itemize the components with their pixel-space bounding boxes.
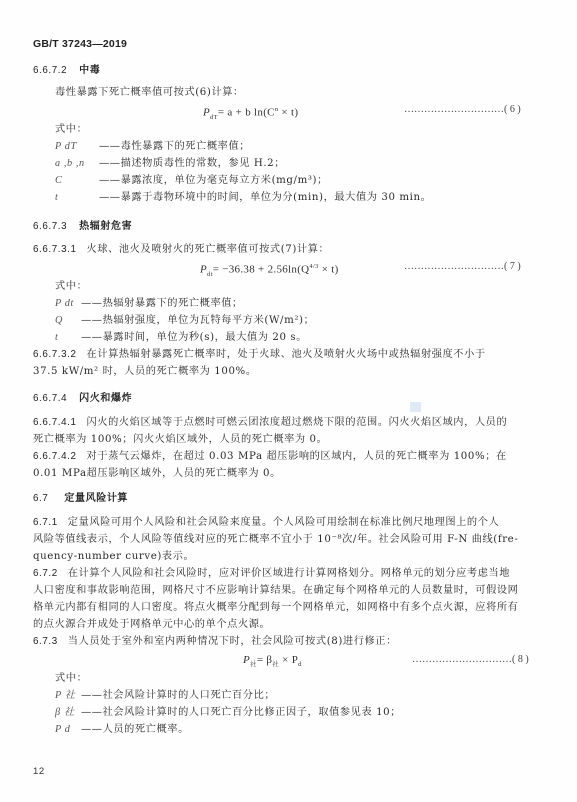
clause-number: 6.6.7.4.2 <box>33 451 77 462</box>
paragraph-continuation: 0.01 MPa超压影响区域外，人员的死亡概率为 0。 <box>33 467 281 481</box>
formula-lhs: P <box>200 264 207 276</box>
section-number: 6.6.7.2 <box>33 65 67 76</box>
definition-row: Q——热辐射强度，单位为瓦特每平方米(W/m²)； <box>55 314 314 328</box>
clause-number: 6.7.3 <box>33 636 58 647</box>
paragraph-6-6-7-4-2: 6.6.7.4.2对于蒸气云爆炸，在超过 0.03 MPa 超压影响的区域内，人… <box>33 450 507 464</box>
formula-lhs: P <box>203 107 210 119</box>
equation-number-6: …………………………( 6 ) <box>404 103 521 117</box>
paragraph-6-7-3: 6.7.3当人员处于室外和室内两种情况下时，社会风险可按式(8)进行修正： <box>33 635 397 649</box>
clause-text: 当人员处于室外和室内两种情况下时，社会风险可按式(8)进行修正： <box>68 636 397 647</box>
paragraph-intro: 毒性暴露下死亡概率值可按式(6)计算： <box>55 86 244 100</box>
definition-text: ——暴露时间，单位为秒(s)，最大值为 20 s。 <box>81 332 307 343</box>
paragraph-continuation: quency-number curve)表示。 <box>33 550 194 564</box>
symbol: t <box>55 331 81 345</box>
section-title: 热辐射危害 <box>79 221 132 232</box>
symbol: P dT <box>55 140 99 154</box>
formula-8: P社= β社 × Pd <box>243 653 302 672</box>
formula-body: = β <box>257 654 272 666</box>
definition-text: ——热辐射强度，单位为瓦特每平方米(W/m²)； <box>81 315 314 326</box>
paragraph-6-7-1: 6.7.1定量风险可用个人风险和社会风险来度量。个人风险可用绘制在标准比例尺地理… <box>33 516 499 530</box>
clause-number: 6.6.7.3.2 <box>33 349 77 360</box>
symbol: a ,b ,n <box>55 157 99 171</box>
clause-number: 6.7.2 <box>33 568 58 579</box>
symbol: t <box>55 191 99 205</box>
scan-artifact-mark <box>410 402 421 412</box>
formula-tail: × t) <box>319 264 339 276</box>
clause-number: 6.6.7.3.1 <box>33 244 77 255</box>
formula-7: Pdt= −36.38 + 2.56ln(Q4/3 × t) <box>200 260 339 282</box>
definition-text: ——暴露浓度，单位为毫克每立方米(mg/m³)； <box>99 175 328 186</box>
formula-sup: 4/3 <box>309 263 318 270</box>
section-heading-6-6-7-2: 6.6.7.2中毒 <box>33 64 100 78</box>
section-heading-6-6-7-4: 6.6.7.4闪火和爆炸 <box>33 392 132 406</box>
definition-row: t——暴露于毒物环境中的时间，单位为分(min)，最大值为 30 min。 <box>55 191 431 205</box>
paragraph-continuation: 风险等值线表示，个人风险等值线对应的死亡概率不宜小于 10⁻⁸次/年。社会风险可… <box>33 533 518 547</box>
section-heading-6-7: 6.7定量风险计算 <box>33 492 128 506</box>
definition-text: ——描述物质毒性的常数，参见 H.2； <box>99 158 285 169</box>
paragraph-6-7-2: 6.7.2在计算个人风险和社会风险时，应对评价区域进行计算网格划分。网格单元的划… <box>33 567 510 581</box>
clause-text: 火球、池火及喷射火的死亡概率值可按式(7)计算： <box>87 244 330 255</box>
paragraph-continuation: 死亡概率为 100%；闪火火焰区域外，人员的死亡概率为 0。 <box>33 433 327 447</box>
definition-row: P 社——社会风险计算时的人口死亡百分比； <box>55 689 275 703</box>
section-heading-6-6-7-3: 6.6.7.3热辐射危害 <box>33 220 132 234</box>
where-label: 式中： <box>55 672 87 686</box>
clause-number: 6.6.7.4.1 <box>33 417 77 428</box>
where-label: 式中： <box>55 280 87 294</box>
formula-tail: × P <box>279 654 298 666</box>
paragraph-continuation: 人口密度和事故影响范围，网格尺寸不应影响计算结果。在确定每个网格单元的人员数量时… <box>33 584 518 598</box>
clause-text: 在计算个人风险和社会风险时，应对评价区域进行计算网格划分。网格单元的划分应考虑当… <box>68 568 510 579</box>
formula-tail: × t) <box>278 107 298 119</box>
paragraph-continuation: 37.5 kW/m² 时，人员的死亡概率为 100%。 <box>33 365 257 379</box>
clause-text: 定量风险可用个人风险和社会风险来度量。个人风险可用绘制在标准比例尺地理图上的个人 <box>68 517 500 528</box>
equation-number-7: …………………………( 7 ) <box>404 260 521 274</box>
formula-lhs: P <box>243 654 250 666</box>
definition-row: P dt——热辐射暴露下的死亡概率值； <box>55 297 243 311</box>
symbol: C <box>55 174 99 188</box>
definition-text: ——社会风险计算时的人口死亡百分比修正因子，取值参见表 10； <box>81 707 401 718</box>
paragraph-6-6-7-3-2: 6.6.7.3.2在计算热辐射暴露死亡概率时，处于火球、池火及喷射火火场中或热辐… <box>33 348 486 362</box>
definition-text: ——社会风险计算时的人口死亡百分比； <box>81 690 275 701</box>
symbol: P 社 <box>55 689 81 703</box>
formula-body: = −36.38 + 2.56ln(Q <box>213 264 310 276</box>
section-number: 6.6.7.4 <box>33 393 67 404</box>
equation-number-8: …………………………( 8 ) <box>412 653 529 667</box>
symbol: β 社 <box>55 706 81 720</box>
section-title: 定量风险计算 <box>64 493 128 504</box>
definition-row: P dT——毒性暴露下的死亡概率值； <box>55 140 250 154</box>
definition-text: ——人员的死亡概率。 <box>81 724 189 735</box>
definition-row: C——暴露浓度，单位为毫克每立方米(mg/m³)； <box>55 174 328 188</box>
symbol: P d <box>55 723 81 737</box>
where-label: 式中： <box>55 123 87 137</box>
formula-6: PdT= a + b ln(Cn × t) <box>203 103 298 125</box>
definition-text: ——热辐射暴露下的死亡概率值； <box>81 298 243 309</box>
definition-row: β 社——社会风险计算时的人口死亡百分比修正因子，取值参见表 10； <box>55 706 401 720</box>
definition-text: ——毒性暴露下的死亡概率值； <box>99 141 250 152</box>
paragraph-continuation: 的点火源合并成处于网格单元中心的单个点火源。 <box>33 618 270 632</box>
clause-text: 对于蒸气云爆炸，在超过 0.03 MPa 超压影响的区域内，人员的死亡概率为 1… <box>87 451 507 462</box>
standard-code-header: GB/T 37243—2019 <box>33 37 127 51</box>
formula-sub: dT <box>210 114 218 121</box>
section-title: 中毒 <box>79 65 100 76</box>
formula-sub: d <box>298 661 302 668</box>
formula-sub: 社 <box>250 661 257 668</box>
paragraph-continuation: 格单元内都有相同的人口密度。将点火概率分配到每一个网格单元，如网格中有多个点火源… <box>33 601 518 615</box>
definition-row: P d——人员的死亡概率。 <box>55 723 189 737</box>
definition-text: ——暴露于毒物环境中的时间，单位为分(min)，最大值为 30 min。 <box>99 192 431 203</box>
clause-text: 在计算热辐射暴露死亡概率时，处于火球、池火及喷射火火场中或热辐射强度不小于 <box>87 349 486 360</box>
page-number: 12 <box>33 765 45 779</box>
section-title: 闪火和爆炸 <box>79 393 132 404</box>
clause-number: 6.7.1 <box>33 517 58 528</box>
symbol: P dt <box>55 297 81 311</box>
formula-body: = a + b ln(C <box>218 107 275 119</box>
paragraph-6-6-7-3-1: 6.6.7.3.1火球、池火及喷射火的死亡概率值可按式(7)计算： <box>33 243 329 257</box>
definition-row: a ,b ,n——描述物质毒性的常数，参见 H.2； <box>55 157 285 171</box>
definition-row: t——暴露时间，单位为秒(s)，最大值为 20 s。 <box>55 331 307 345</box>
paragraph-6-6-7-4-1: 6.6.7.4.1闪火的火焰区域等于点燃时可燃云团浓度超过燃烧下限的范围。闪火火… <box>33 416 507 430</box>
section-number: 6.6.7.3 <box>33 221 67 232</box>
symbol: Q <box>55 314 81 328</box>
clause-text: 闪火的火焰区域等于点燃时可燃云团浓度超过燃烧下限的范围。闪火火焰区域内，人员的 <box>87 417 508 428</box>
section-number: 6.7 <box>33 493 48 504</box>
document-page: GB/T 37243—2019 6.6.7.2中毒 毒性暴露下死亡概率值可按式(… <box>0 0 577 802</box>
